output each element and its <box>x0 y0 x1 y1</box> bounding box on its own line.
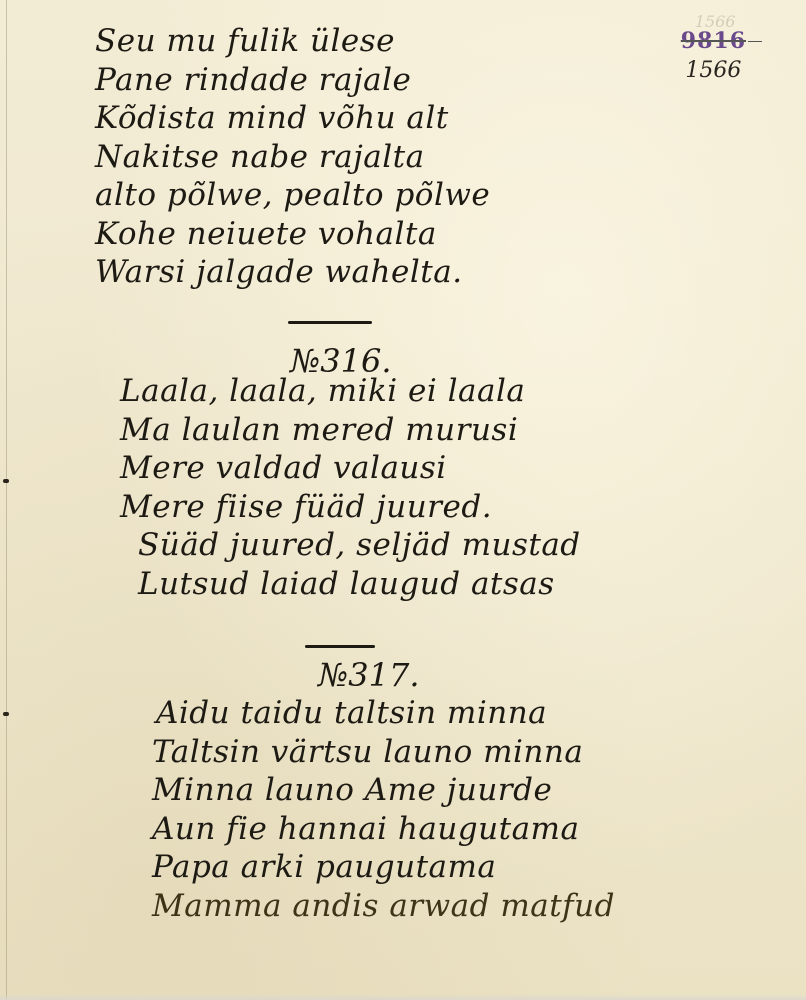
verse-line: Minna launo Ame juurde <box>152 771 615 810</box>
verse-line: Mere fiise füäd juured. <box>120 488 581 527</box>
section-divider <box>305 645 375 648</box>
binding-hole <box>3 712 9 716</box>
archive-handwritten-number: 1566 <box>681 58 746 83</box>
verse-line: Kõdista mind võhu alt <box>95 99 490 138</box>
binding-hole <box>3 479 9 483</box>
verse-line: Warsi jalgade wahelta. <box>95 253 490 292</box>
verse-line: Papa arki paugutama <box>152 848 615 887</box>
song-verse-continued: Seu mu fulik ülese Pane rindade rajale K… <box>95 22 490 292</box>
verse-line: Laala, laala, miki ei laala <box>120 372 581 411</box>
verse-line: Aidu taidu taltsin minna <box>152 694 615 733</box>
verse-line: Süäd juured, seljäd mustad <box>120 526 581 565</box>
song-verse-317: Aidu taidu taltsin minna Taltsin värtsu … <box>152 694 615 925</box>
verse-line: Taltsin värtsu launo minna <box>152 733 615 772</box>
verse-line: Pane rindade rajale <box>95 61 490 100</box>
verse-line: Kohe neiuete vohalta <box>95 215 490 254</box>
section-divider <box>288 321 372 324</box>
page-bottom-edge <box>0 994 806 1000</box>
verse-line: Seu mu fulik ülese <box>95 22 490 61</box>
verse-line: Nakitse nabe rajalta <box>95 138 490 177</box>
song-verse-316: Laala, laala, miki ei laala Ma laulan me… <box>120 372 581 603</box>
verse-line: Lutsud laiad laugud atsas <box>120 565 581 604</box>
binding-edge <box>6 0 7 1000</box>
archive-reference: 1566 9816 1566 <box>681 28 746 83</box>
song-heading-317: №317. <box>318 656 420 694</box>
verse-line: Mere valdad valausi <box>120 449 581 488</box>
verse-line: alto põlwe, pealto põlwe <box>95 176 490 215</box>
archive-stamp-number: 9816 <box>681 28 746 54</box>
verse-line: Mamma andis arwad matfud <box>152 887 615 926</box>
manuscript-page: 1566 9816 1566 Seu mu fulik ülese Pane r… <box>0 0 806 1000</box>
verse-line: Ma laulan mered murusi <box>120 411 581 450</box>
verse-line: Aun fie hannai haugutama <box>152 810 615 849</box>
